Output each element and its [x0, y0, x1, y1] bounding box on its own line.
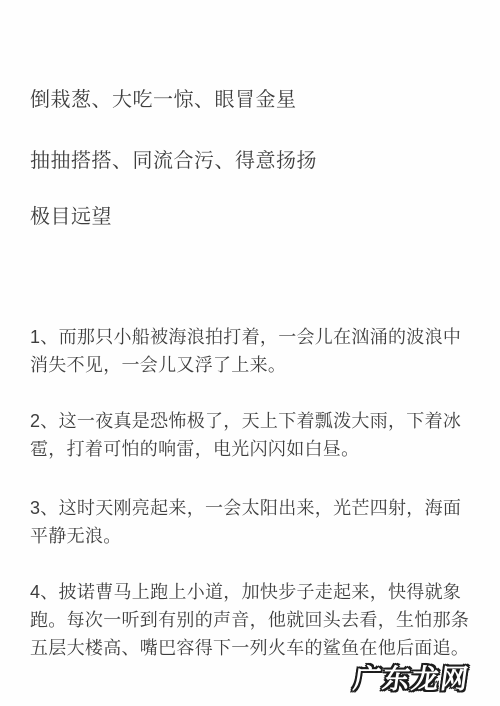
worksheet-page: 倒栽葱、大吃一惊、眼冒金星 抽抽搭搭、同流合污、得意扬扬 极目远望 1、而那只小… — [0, 0, 500, 706]
watermark-logo: 广东龙网 — [351, 657, 472, 696]
answer-sentence-3: 3、这时天刚亮起来，一会太阳出来，光芒四射，海面 平静无浪。 — [30, 494, 482, 550]
answer-sentence-1: 1、而那只小船被海浪拍打着，一会儿在汹涌的波浪中 消失不见，一会儿又浮了上来。 — [30, 323, 482, 379]
idiom-line-3: 极目远望 — [30, 203, 482, 231]
idiom-line-1: 倒栽葱、大吃一惊、眼冒金星 — [30, 86, 482, 114]
answer-sentence-2: 2、这一夜真是恐怖极了，天上下着瓢泼大雨，下着冰 雹，打着可怕的响雷，电光闪闪如… — [30, 407, 482, 463]
idiom-line-2: 抽抽搭搭、同流合污、得意扬扬 — [30, 147, 482, 175]
answer-sentence-4: 4、披诺曹马上跑上小道，加快步子走起来，快得就象 跑。每次一听到有别的声音，他就… — [30, 578, 482, 662]
